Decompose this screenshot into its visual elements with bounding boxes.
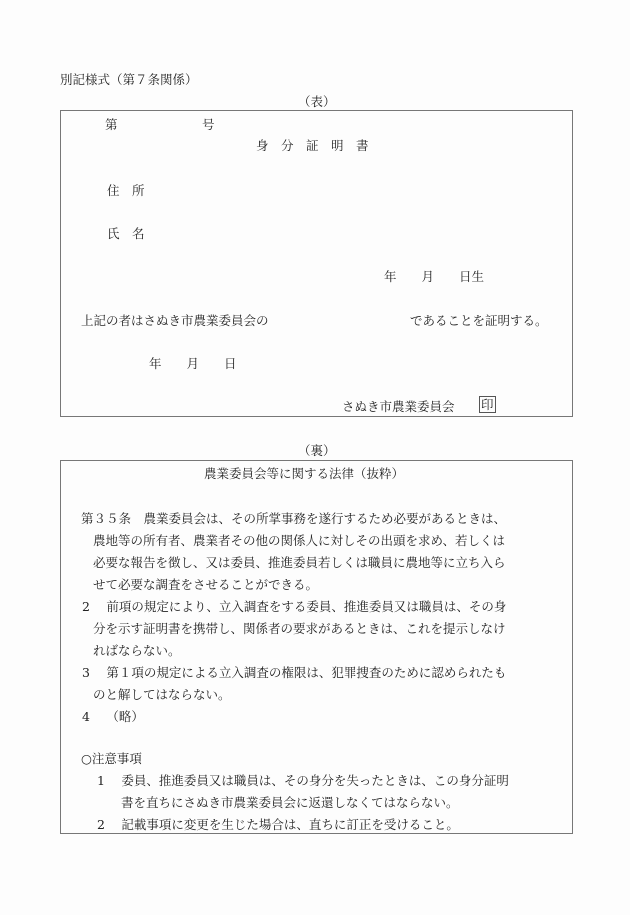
back-side-label: （裏） — [298, 441, 336, 459]
seal-icon: 印 — [479, 396, 496, 413]
article-line: ればならない。 — [93, 641, 181, 659]
front-card: 第 号 身 分 証 明 書 住 所 氏 名 年 月 日生 上記の者はさぬき市農業… — [60, 110, 573, 417]
article-line: のと解してはならない。 — [93, 685, 231, 703]
number-prefix: 第 — [105, 115, 118, 133]
article-line: 農地等の所有者、農業者その他の関係人に対しその出頭を求め、若しくは — [93, 531, 505, 549]
issue-date: 年 月 日 — [149, 354, 237, 372]
number-suffix: 号 — [202, 115, 215, 133]
address-label: 住 所 — [107, 181, 145, 199]
seal-mark: 印 — [479, 396, 496, 413]
note-line: 書を直ちにさぬき市農業委員会に返還しなくてはならない。 — [121, 793, 459, 811]
certify-suffix: であることを証明する。 — [410, 311, 548, 329]
note-line: 1 委員、推進委員又は職員は、その身分を失ったときは、この身分証明 — [97, 771, 509, 789]
article-line: せて必要な調査をさせることができる。 — [93, 575, 318, 593]
article-line: 分を示す証明書を携帯し、関係者の要求があるときは、これを提示しなけ — [93, 619, 506, 637]
article-line: 4 （略） — [82, 707, 144, 725]
article-line: 3 第１項の規定による立入調査の権限は、犯罪捜査のために認められたも — [82, 663, 506, 681]
form-label: 別記様式（第７条関係） — [60, 70, 198, 88]
card-title: 身 分 証 明 書 — [256, 136, 369, 154]
article-line: 第３５条 農業委員会は、その所掌事務を遂行するため必要があるときは、 — [81, 509, 506, 527]
article-line: 2 前項の規定により、立入調査をする委員、推進委員又は職員は、その身 — [82, 597, 506, 615]
name-label: 氏 名 — [107, 224, 145, 242]
birth-date: 年 月 日生 — [384, 267, 484, 285]
notes-title: ○注意事項 — [81, 749, 142, 767]
note-line: 2 記載事項に変更を生じた場合は、直ちに訂正を受けること。 — [97, 815, 459, 833]
law-title: 農業委員会等に関する法律（抜粋） — [204, 464, 404, 482]
issuer: さぬき市農業委員会 — [342, 397, 455, 415]
article-line: 必要な報告を徴し、又は委員、推進委員若しくは職員に農地等に立ち入ら — [93, 553, 506, 571]
back-card: 農業委員会等に関する法律（抜粋） 第３５条 農業委員会は、その所掌事務を遂行する… — [60, 460, 573, 834]
certify-prefix: 上記の者はさぬき市農業委員会の — [81, 311, 269, 329]
front-side-label: （表） — [298, 92, 336, 110]
